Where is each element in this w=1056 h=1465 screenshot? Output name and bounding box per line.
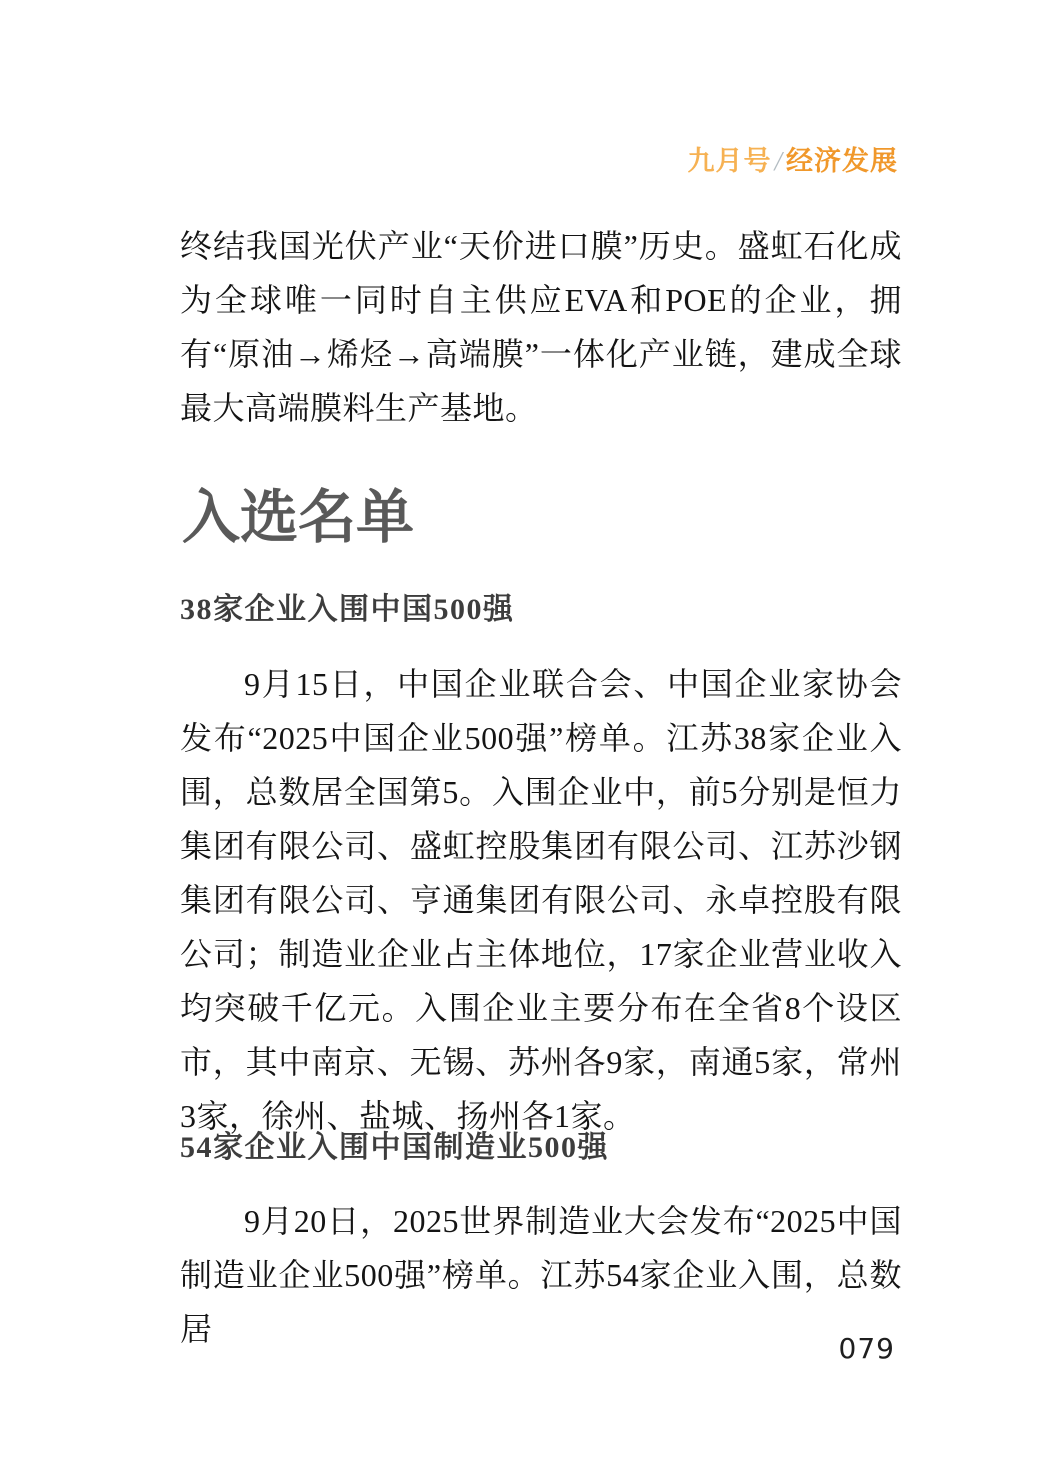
intro-paragraph: 终结我国光伏产业“天价进口膜”历史。盛虹石化成为全球唯一同时自主供应EVA和PO… [180,219,902,435]
page-number: 079 [839,1332,895,1365]
subsection-paragraph-1: 9月15日，中国企业联合会、中国企业家协会发布“2025中国企业500强”榜单。… [180,657,902,1143]
subsection-heading-2: 54家企业入围中国制造业500强 [180,1128,609,1168]
header-issue-label: 九月号 [687,146,771,176]
magazine-page: 九月号/经济发展 终结我国光伏产业“天价进口膜”历史。盛虹石化成为全球唯一同时自… [0,0,1056,1465]
subsection-paragraph-2: 9月20日，2025世界制造业大会发布“2025中国制造业企业500强”榜单。江… [180,1194,902,1356]
running-header: 九月号/经济发展 [687,139,898,178]
header-section-label: 经济发展 [786,146,898,176]
section-title: 入选名单 [182,482,414,552]
subsection-heading-1: 38家企业入围中国500强 [180,590,515,630]
header-separator: / [771,146,786,176]
